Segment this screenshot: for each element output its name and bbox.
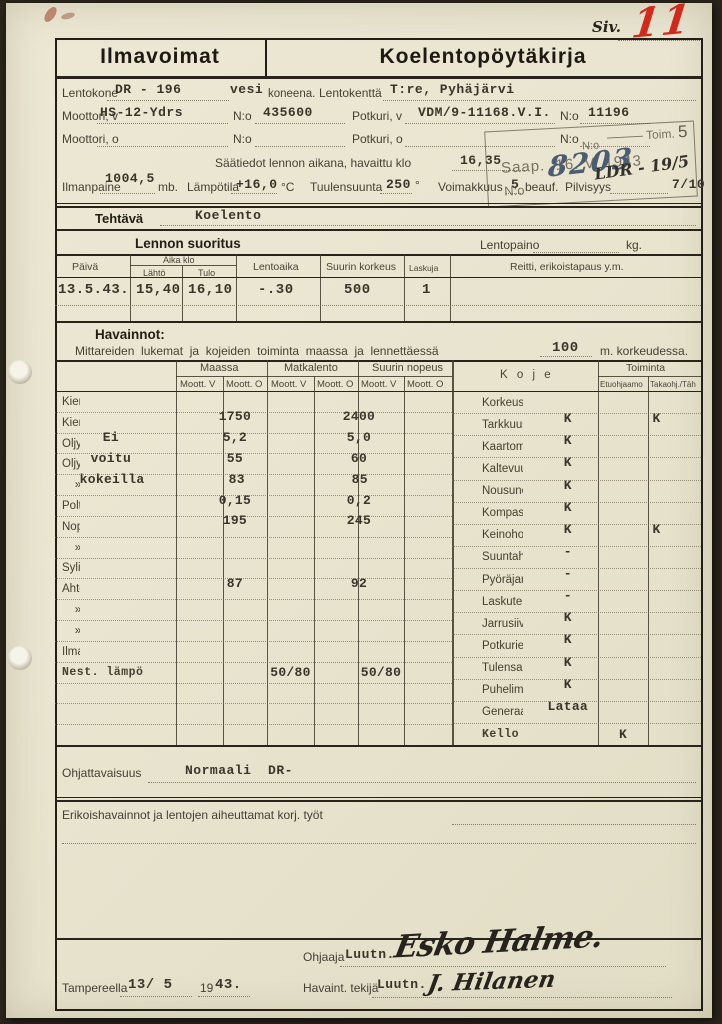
measurement-row: Ilman lämpö . . . <box>55 642 452 663</box>
lentopaino-label: Lentopaino <box>480 238 539 252</box>
stamp-no-label: N:o <box>504 183 525 199</box>
instrument-label: Nousunop. mittari . <box>452 485 523 497</box>
etuohjaamo-mark: K <box>598 727 648 742</box>
suurin-v-value: 2400 <box>328 409 390 424</box>
measurement-row: » täh. . . <box>55 538 452 559</box>
havainnot-subtext: Mittareiden lukemat ja kojeiden toiminta… <box>75 344 439 358</box>
instrument-label: Pyöräjarrut . . . <box>452 574 523 586</box>
moottori-v-value: HS-12-Ydrs <box>100 105 183 120</box>
potkuri-v-value: VDM/9-11168.V.I. <box>418 105 551 120</box>
suurin-v-value: 60 <box>328 451 390 466</box>
matkalento-v-value: 83 <box>206 472 268 487</box>
col-etuohjaamo: Etuohjaamo <box>600 380 643 389</box>
measurement-label: Öljynpaine. . . . . <box>55 438 80 450</box>
col-toiminta: Toiminta <box>626 362 665 374</box>
col-aika-klo: Aika klo <box>163 255 195 265</box>
stamp-toim-label: Toim. <box>646 127 675 142</box>
measurement-label: Nopeusmitt. ohj. . . <box>55 521 80 533</box>
measurement-label: » max. . . <box>55 625 80 637</box>
flight-suurin-korkeus: 500 <box>344 282 371 298</box>
koneena-label: koneena. <box>268 88 315 100</box>
suurin-v-value: 85 <box>329 472 391 487</box>
kg-label: kg. <box>626 238 642 252</box>
no-label: N:o <box>560 109 579 123</box>
measurement-row: Nest. lämpö 50/80 50/80 <box>55 663 452 684</box>
etuohjaamo-mark: K <box>523 522 612 537</box>
col-moott-o: Moott. O <box>226 379 262 390</box>
lentokentta-value: T:re, Pyhäjärvi <box>390 82 515 97</box>
tampereella-label: Tampereella <box>62 981 127 995</box>
maassa-v-value: Ei <box>80 430 142 445</box>
punch-hole <box>8 646 32 670</box>
suurin-v-value: 5,0 <box>328 430 390 445</box>
measurement-row: » määrä . <box>55 600 452 621</box>
flight-tulo: 16,10 <box>188 282 233 298</box>
ohjaaja-label: Ohjaaja <box>303 950 344 964</box>
maassa-v-value: voitu <box>80 451 142 466</box>
measurement-label: Kierrosluku . . . . <box>55 417 80 429</box>
instrument-label: Kaartomittari . . <box>452 441 523 453</box>
measurement-label: Polttoaineen paine . <box>55 500 80 512</box>
form-org-title: Ilmavoimat <box>55 38 265 76</box>
flight-lahto: 15,40 <box>136 282 181 298</box>
instrument-label: Keinohorisontti . . <box>452 529 523 541</box>
instrument-row: Kello K <box>452 724 701 746</box>
potkuri-v-label: Potkuri, v <box>352 109 402 123</box>
siv-label: Siv. <box>592 18 621 36</box>
measurement-row <box>55 725 452 746</box>
measurement-label: Kierrosluku tyhjäk. . . <box>55 396 80 408</box>
lentokone-value: DR - 196 <box>115 82 181 97</box>
havainnot-subtext-after: m. korkeudessa. <box>600 344 688 358</box>
etuohjaamo-mark: K <box>523 655 612 670</box>
lentokone-label: Lentokone <box>62 86 118 100</box>
instrument-label: Korkeusmittari . . <box>452 397 523 409</box>
measurement-label: » määrä . <box>55 604 80 616</box>
instrument-label: Jarrusiiv. » . . <box>452 618 523 630</box>
ohjattavaisuus-label: Ohjattavaisuus <box>62 766 141 780</box>
no-label: N:o <box>233 109 252 123</box>
lampotila-label: Lämpötila <box>187 180 239 194</box>
col-moott-o: Moott. O <box>317 379 353 390</box>
col-maassa: Maassa <box>200 362 239 374</box>
col-lentoaika: Lentoaika <box>253 261 299 273</box>
etuohjaamo-mark: K <box>523 433 612 448</box>
etuohjaamo-mark: K <box>523 455 612 470</box>
date-value: 13/ 5 <box>128 977 173 993</box>
matkalento-v-value: 0,15 <box>204 493 266 508</box>
measurement-label: Sylinterinp. lämpö . <box>55 562 80 574</box>
col-matkalento: Matkalento <box>284 362 338 374</box>
instrument-label: Kaltevuusmittari . . <box>452 463 523 475</box>
suurin-v-value: 92 <box>328 576 390 591</box>
potkuri-no-value: 11196 <box>588 105 630 120</box>
degree-label: ° <box>415 178 420 192</box>
havaint-signature: J. Hilanen <box>426 966 558 998</box>
scanned-form: Siv. 11 Ilmavoimat Koelentopöytäkirja Le… <box>0 0 722 1024</box>
lentokentta-label: Lentokenttä <box>319 86 382 100</box>
havainnot-heading: Havainnot: <box>95 327 165 342</box>
measurement-label: Öljyn lämpö, meno . <box>55 458 80 470</box>
tehtava-value: Koelento <box>195 208 261 223</box>
stamp-toim-value: 5 <box>677 122 687 141</box>
ilmanpaine-value: 1004,5 <box>105 171 155 186</box>
tehtava-label: Tehtävä <box>95 211 143 226</box>
suurin-v-value: 245 <box>328 513 390 528</box>
matkalento-v-value: 55 <box>204 451 266 466</box>
saatiedot-label: Säätiedot lennon aikana, havaittu klo <box>215 156 411 170</box>
col-koje: K o j e <box>500 369 554 381</box>
lennon-suoritus-heading: Lennon suoritus <box>135 236 241 251</box>
col-moott-v: Moott. V <box>271 379 306 390</box>
moottori-o-label: Moottori, o <box>62 132 119 146</box>
potkuri-o-label: Potkuri, o <box>352 132 403 146</box>
instrument-row: Generaattori . . Lataa <box>452 702 701 724</box>
col-laskuja: Laskuja <box>409 263 438 273</box>
col-takaohj: Takaohj./Täh <box>650 380 696 389</box>
etuohjaamo-mark: K <box>523 610 612 625</box>
tuulensuunta-label: Tuulensuunta <box>310 180 382 194</box>
year-printed: 19 <box>200 981 213 995</box>
takaohjaamo-mark: K <box>612 411 701 426</box>
col-suurin-korkeus: Suurin korkeus <box>326 261 396 273</box>
etuohjaamo-mark: K <box>523 500 612 515</box>
suurin-v-value: 50/80 <box>358 665 404 680</box>
etuohjaamo-mark: Lataa <box>523 699 612 714</box>
tuulensuunta-value: 250 <box>386 177 411 192</box>
col-moott-v: Moott. V <box>180 379 215 390</box>
no-label: N:o <box>233 132 252 146</box>
suurin-v-value: 0,2 <box>328 493 390 508</box>
instrument-label: Kompassi. . . . <box>452 507 523 519</box>
measurement-row <box>55 704 452 725</box>
ohjaaja-rank: Luutn. <box>345 947 395 962</box>
etuohjaamo-mark: - <box>523 588 612 603</box>
etuohjaamo-mark: K <box>523 478 612 493</box>
instrument-label: Kello <box>452 728 598 741</box>
instrument-label: Suuntahyrrä . . . <box>452 551 523 563</box>
measurement-row <box>55 684 452 705</box>
celsius-label: °C <box>281 180 294 194</box>
korkeus-value: 100 <box>552 340 579 356</box>
measurement-row: Nopeusmitt. ohj. . . 195 245 <box>55 517 452 538</box>
matkalento-v-value: 1750 <box>204 409 266 424</box>
etuohjaamo-mark: K <box>523 411 612 426</box>
havaint-rank: Luutn. <box>377 977 427 992</box>
form-doc-title: Koelentopöytäkirja <box>265 38 701 76</box>
measurement-row: Ahtopaine . . . . 87 92 <box>55 579 452 600</box>
instrument-label: Tulensammutin . . <box>452 662 523 674</box>
takaohjaamo-mark: K <box>612 522 701 537</box>
mb-label: mb. <box>158 180 178 194</box>
etuohjaamo-mark: - <box>523 566 612 581</box>
punch-hole <box>8 360 32 384</box>
etuohjaamo-mark: - <box>523 544 612 559</box>
flight-paiva: 13.5.43. <box>58 282 129 298</box>
etuohjaamo-mark: K <box>523 677 612 692</box>
moottori-no-value: 435600 <box>263 105 313 120</box>
instrument-label: Puhelimet . . . <box>452 684 523 696</box>
measurement-label: » paluu . <box>55 479 80 491</box>
matkalento-v-value: 5,2 <box>204 430 266 445</box>
etuohjaamo-mark: K <box>523 632 612 647</box>
vesi-value: vesi <box>230 82 263 97</box>
flight-lentoaika: -.30 <box>258 282 294 298</box>
measurement-label: Ilman lämpö . . . <box>55 646 80 658</box>
col-suurin-nopeus: Suurin nopeus <box>372 362 443 374</box>
measurement-row: » max. . . <box>55 621 452 642</box>
col-paiva: Päivä <box>72 261 98 273</box>
instrument-label: Tarkkuuskork. mitt. . <box>452 419 523 431</box>
matkalento-v-value: 87 <box>204 576 266 591</box>
measurement-table: Kierrosluku tyhjäk. . . Kierrosluku . . … <box>55 392 452 746</box>
instrument-table: Korkeusmittari . . Tarkkuuskork. mitt. .… <box>452 392 701 746</box>
measurement-label: » täh. . . <box>55 542 80 554</box>
measurement-label: Nest. lämpö <box>55 666 176 679</box>
col-moott-v: Moott. V <box>361 379 396 390</box>
flight-laskuja: 1 <box>422 282 431 298</box>
year-typed: 43. <box>215 977 242 993</box>
instrument-label: Laskutel. toim. . . <box>452 596 523 608</box>
instrument-label: Potkurien säätö . <box>452 640 523 652</box>
ohjattavaisuus-value: Normaali DR- <box>185 763 293 778</box>
matkalento-v-value: 195 <box>204 513 266 528</box>
havaint-tekija-label: Havaint. tekijä <box>303 981 378 995</box>
col-moott-o: Moott. O <box>407 379 443 390</box>
maassa-v-value: kokeilla <box>80 472 145 487</box>
instrument-label: Generaattori . . <box>452 706 523 718</box>
col-reitti: Reitti, erikoistapaus y.m. <box>510 261 624 273</box>
lampotila-value: +16,0 <box>236 177 278 192</box>
erikoishavainnot-label: Erikoishavainnot ja lentojen aiheuttamat… <box>62 808 323 822</box>
matkalento-v-value: 50/80 <box>267 665 314 680</box>
measurement-label: Ahtopaine . . . . <box>55 583 80 595</box>
